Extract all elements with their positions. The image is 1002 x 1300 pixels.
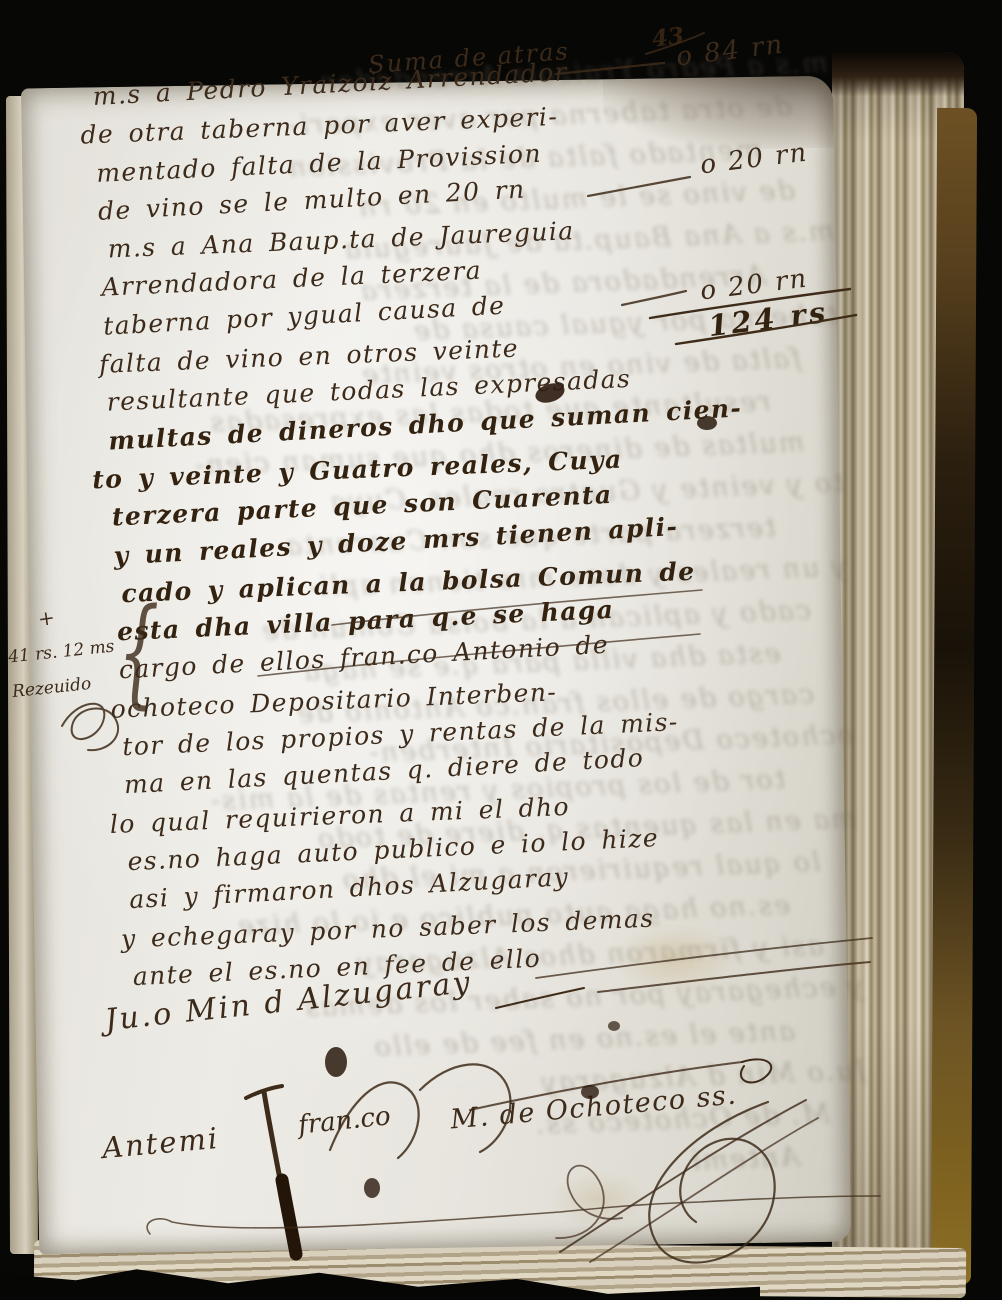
ink-blot	[581, 1085, 599, 1099]
heavy-pen-stroke-thick	[282, 1180, 296, 1254]
ink-blot	[325, 1047, 347, 1077]
bottom-flourish-line	[147, 1196, 880, 1234]
rubric-diagonal-2	[590, 1118, 818, 1262]
ink-flourishes-overlay	[0, 0, 1002, 1300]
page-number-underline	[646, 33, 704, 54]
ink-blot	[697, 416, 717, 430]
ink-blot	[608, 1021, 620, 1031]
margin-rubric-scribble	[62, 704, 118, 750]
ink-blot	[533, 380, 567, 406]
ink-blot	[364, 1178, 380, 1198]
header-dash-stroke	[556, 63, 664, 74]
signature-capital-loop-2	[420, 1064, 510, 1152]
amount2-dash-stroke	[622, 291, 686, 305]
strike-line-2	[258, 634, 700, 676]
total-underline	[676, 315, 856, 344]
signature-capital-loop-1	[330, 1082, 419, 1158]
closing-dash-stroke	[536, 938, 872, 978]
bottom-flourish-loop	[556, 1166, 622, 1238]
strike-line-1	[332, 590, 702, 625]
manuscript-scan: m.s a Pedro Yraizoiz Arrendadorde otra t…	[0, 0, 1002, 1300]
signature-end-loop	[741, 1059, 771, 1082]
amount1-dash-stroke	[588, 177, 690, 196]
clerk-signature-flourish	[496, 988, 584, 1008]
clerk-signature-dash	[598, 962, 870, 992]
